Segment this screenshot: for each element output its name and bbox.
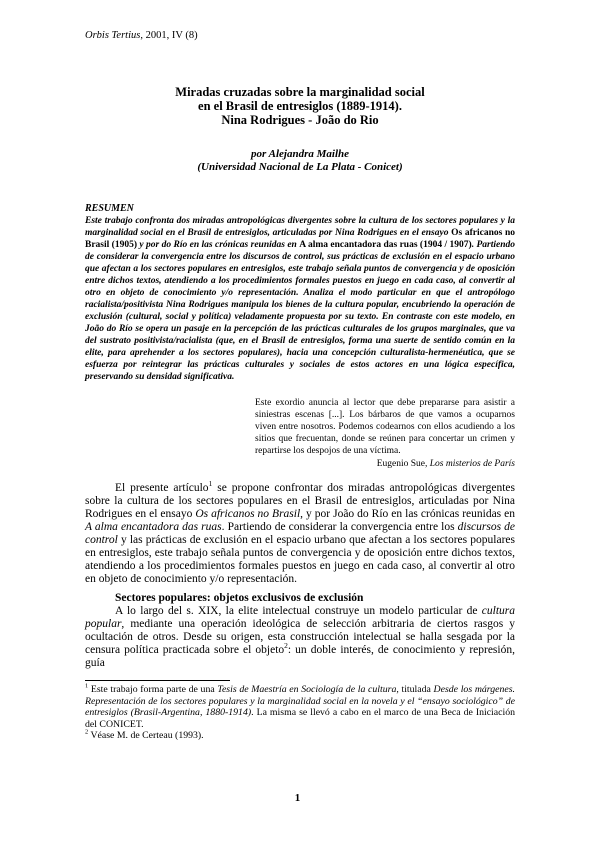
document-page: Orbis Tertius, 2001, IV (8) Miradas cruz… <box>0 0 595 842</box>
article-title-line: en el Brasil de entresiglos (1889-1914). <box>85 99 515 113</box>
epigraph-quote: Este exordio anuncia al lector que debe … <box>255 397 515 457</box>
abstract-body: Este trabajo confronta dos miradas antro… <box>85 215 515 383</box>
article-title-line: Miradas cruzadas sobre la marginalidad s… <box>85 85 515 99</box>
article-title: Miradas cruzadas sobre la marginalidad s… <box>85 85 515 127</box>
paragraph-section-body: A lo largo del s. XIX, la elite intelect… <box>85 605 515 670</box>
journal-header: Orbis Tertius, 2001, IV (8) <box>85 30 515 41</box>
section-heading: Sectores populares: objetos exclusivos d… <box>85 592 515 605</box>
epigraph-attribution: Eugenio Sue, Los misterios de París <box>255 458 515 470</box>
byline-affiliation: (Universidad Nacional de La Plata - Coni… <box>85 161 515 174</box>
byline-author: por Alejandra Mailhe <box>85 148 515 161</box>
epigraph: Este exordio anuncia al lector que debe … <box>255 397 515 470</box>
footnotes-block: 1 Este trabajo forma parte de una Tesis … <box>85 680 515 742</box>
page-content: Orbis Tertius, 2001, IV (8) Miradas cruz… <box>85 30 515 742</box>
article-title-line: Nina Rodrigues - João do Rio <box>85 113 515 127</box>
paragraph-intro: El presente artículo1 se propone confron… <box>85 482 515 586</box>
byline: por Alejandra Mailhe (Universidad Nacion… <box>85 148 515 173</box>
abstract-label: RESUMEN <box>85 203 515 215</box>
footnote-separator <box>85 680 230 681</box>
footnote-2: 2 Véase M. de Certeau (1993). <box>85 730 515 742</box>
page-number: 1 <box>0 792 595 804</box>
abstract-section: RESUMEN Este trabajo confronta dos mirad… <box>85 203 515 383</box>
footnote-1: 1 Este trabajo forma parte de una Tesis … <box>85 684 515 730</box>
